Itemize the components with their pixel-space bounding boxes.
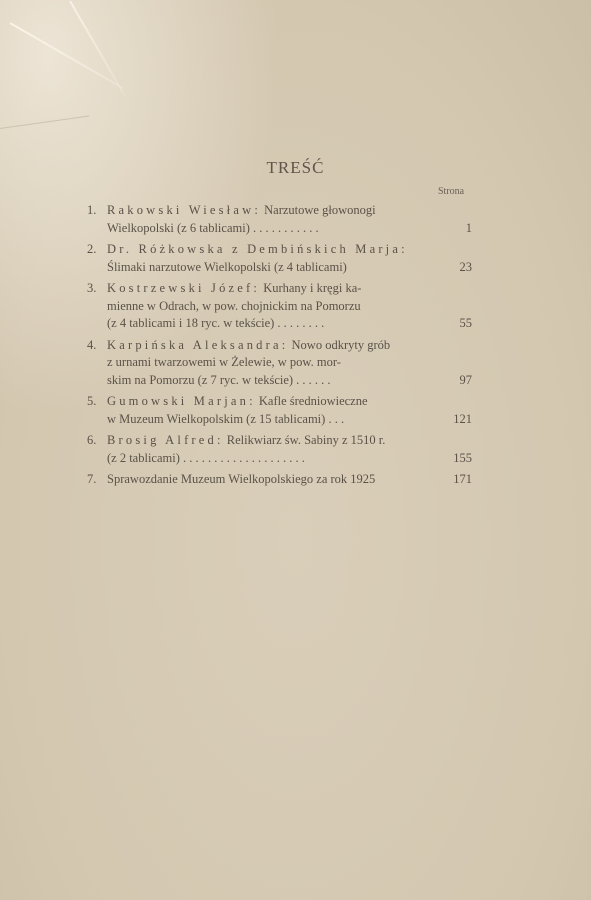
entry-title: Kafle średniowieczne: [259, 394, 368, 408]
entry-title: Kurhany i kręgi ka-: [263, 281, 361, 295]
toc-entry: 1. Rakowski Wiesław: Narzutowe głowonogi…: [87, 202, 472, 237]
entry-title: mienne w Odrach, w pow. chojnickim na Po…: [107, 298, 440, 316]
entry-title: (z 2 tablicami) . . . . . . . . . . . . …: [107, 450, 440, 468]
entry-author: Gumowski Marjan:: [107, 394, 256, 408]
entry-page: 23: [440, 259, 472, 277]
toc-entry: 3. Kostrzewski Józef: Kurhany i kręgi ka…: [87, 280, 472, 333]
entry-page: 1: [440, 220, 472, 238]
toc-entry: 7. Sprawozdanie Muzeum Wielkopolskiego z…: [87, 471, 472, 489]
toc-entry: 2. Dr. Różkowska z Dembińskich Marja: Śl…: [87, 241, 472, 276]
entry-number: 5.: [87, 393, 107, 411]
entry-number: 7.: [87, 471, 107, 489]
entry-page: 121: [440, 411, 472, 429]
entry-title: w Muzeum Wielkopolskim (z 15 tablicami) …: [107, 411, 440, 429]
entry-author: Karpińska Aleksandra:: [107, 338, 288, 352]
entry-title: Sprawozdanie Muzeum Wielkopolskiego za r…: [107, 471, 440, 489]
table-of-contents: 1. Rakowski Wiesław: Narzutowe głowonogi…: [87, 202, 472, 493]
page-title: TREŚĆ: [0, 158, 591, 178]
entry-number: 3.: [87, 280, 107, 298]
scanned-page: TREŚĆ Strona 1. Rakowski Wiesław: Narzut…: [0, 0, 591, 900]
entry-number: 1.: [87, 202, 107, 220]
entry-title: Wielkopolski (z 6 tablicami) . . . . . .…: [107, 220, 440, 238]
entry-author: Dr. Różkowska z Dembińskich Marja:: [107, 242, 408, 256]
paper-crease: [10, 22, 124, 89]
paper-crease: [69, 1, 126, 97]
entry-number: 6.: [87, 432, 107, 450]
entry-title: Nowo odkryty grób: [292, 338, 391, 352]
paper-crease: [0, 115, 89, 129]
entry-author: Kostrzewski Józef:: [107, 281, 260, 295]
toc-entry: 4. Karpińska Aleksandra: Nowo odkryty gr…: [87, 337, 472, 390]
entry-page: 97: [440, 372, 472, 390]
toc-entry: 6. Brosig Alfred: Relikwiarz św. Sabiny …: [87, 432, 472, 467]
entry-number: 2.: [87, 241, 107, 259]
entry-page: 155: [440, 450, 472, 468]
entry-title: z urnami twarzowemi w Żelewie, w pow. mo…: [107, 354, 440, 372]
entry-number: 4.: [87, 337, 107, 355]
entry-title: skim na Pomorzu (z 7 ryc. w tekście) . .…: [107, 372, 440, 390]
entry-title: Relikwiarz św. Sabiny z 1510 r.: [227, 433, 386, 447]
entry-author: Brosig Alfred:: [107, 433, 224, 447]
page-column-header: Strona: [438, 186, 464, 197]
entry-page: 55: [440, 315, 472, 333]
entry-title: Narzutowe głowonogi: [264, 203, 375, 217]
entry-title: (z 4 tablicami i 18 ryc. w tekście) . . …: [107, 315, 440, 333]
entry-title: Ślimaki narzutowe Wielkopolski (z 4 tabl…: [107, 259, 440, 277]
entry-page: 171: [440, 471, 472, 489]
entry-author: Rakowski Wiesław:: [107, 203, 261, 217]
toc-entry: 5. Gumowski Marjan: Kafle średniowieczne…: [87, 393, 472, 428]
